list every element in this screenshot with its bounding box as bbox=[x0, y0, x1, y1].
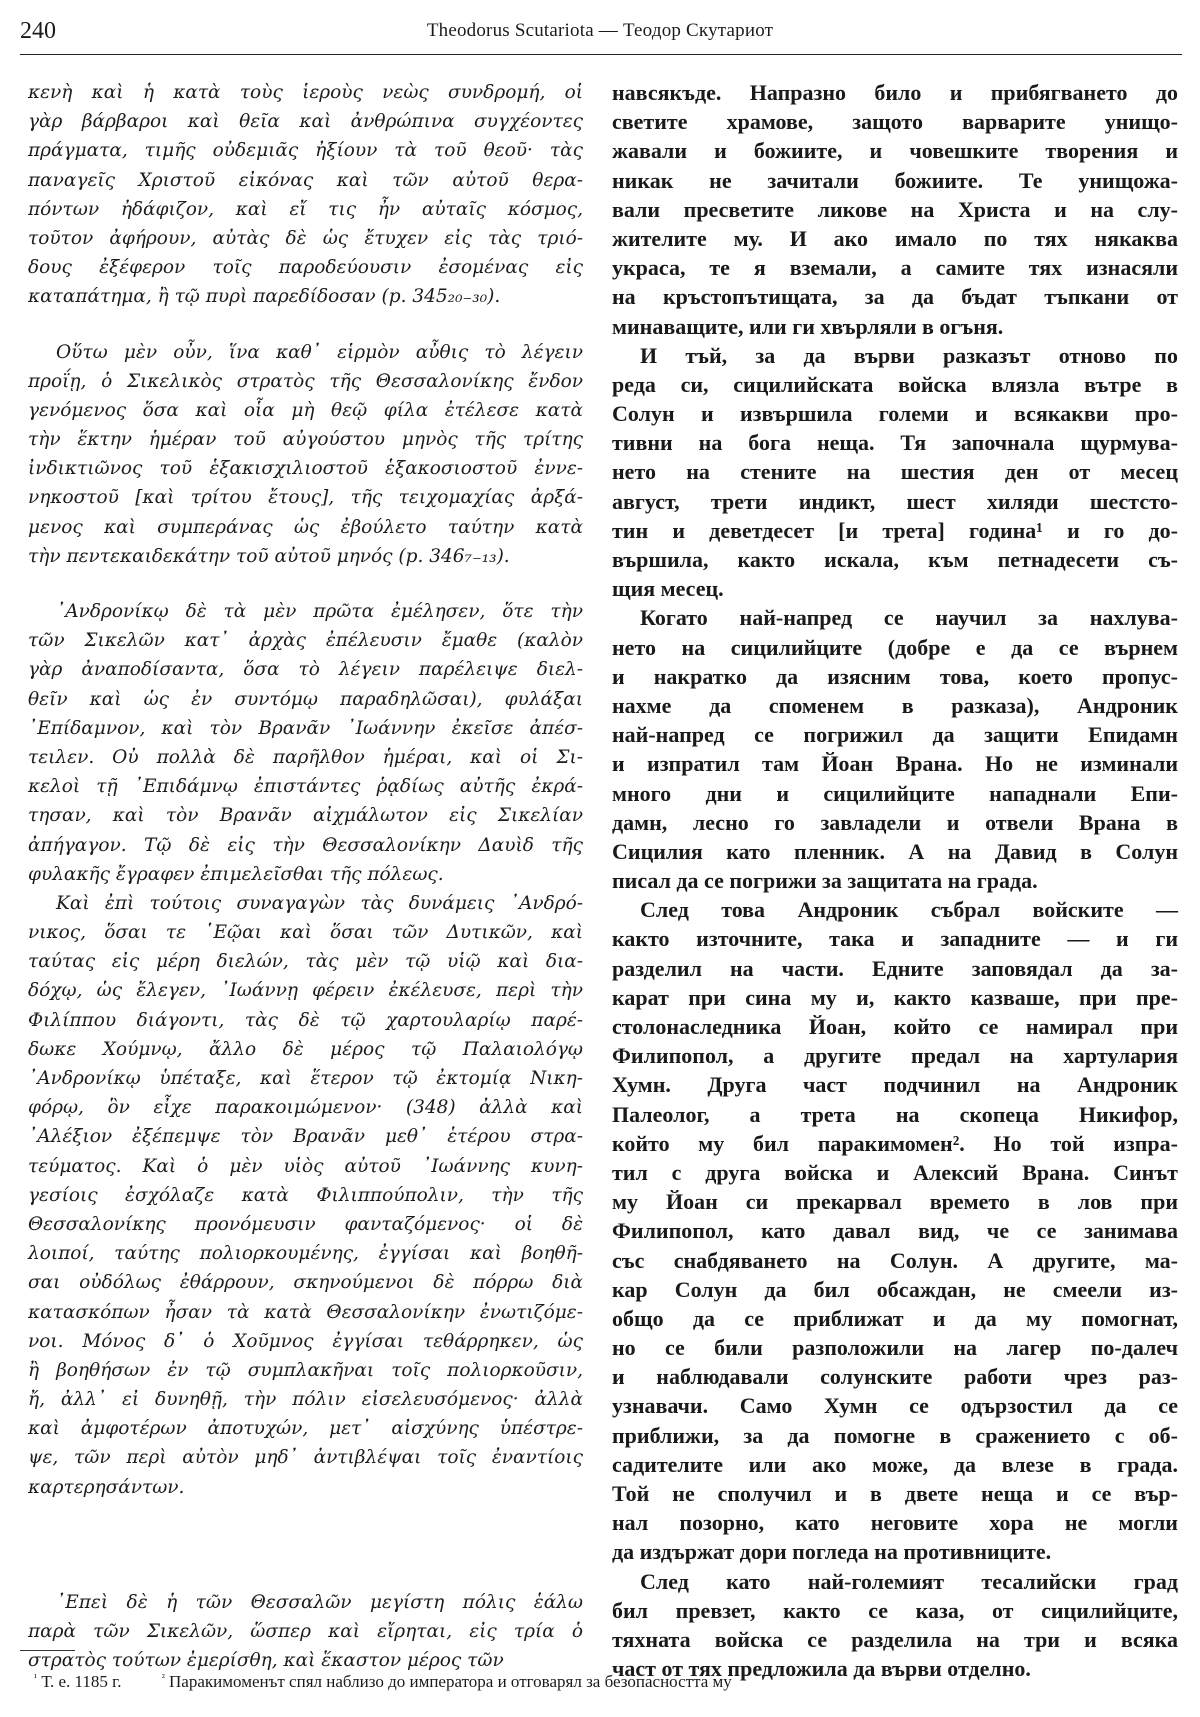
text-line: τειλεν. Οὐ πολλὰ δὲ παρῆλθον ἡμέραι, καὶ… bbox=[28, 743, 583, 772]
paragraph: И тъй, за да върви разказът отново поред… bbox=[612, 341, 1178, 604]
text-line: узнавачи. Само Хумн се одързостил да се bbox=[612, 1391, 1178, 1420]
text-line: ᾽Επίδαμνον, καὶ τὸν Βρανᾶν ᾽Ιωάννην ἐκεῖ… bbox=[28, 714, 583, 743]
text-line: καταπάτημα, ἢ τῷ πυρὶ παρεδίδοσαν (p. 34… bbox=[28, 282, 583, 311]
footnote-text: Паракимоменът спял наблизо до императора… bbox=[169, 1672, 732, 1691]
text-line: προΐῃ, ὁ Σικελικὸς στρατὸς τῆς Θεσσαλονί… bbox=[28, 367, 583, 396]
text-line: жителите му. И ако имало по тях някаква bbox=[612, 224, 1178, 253]
text-line: на кръстопътищата, за да бъдат тъпкани о… bbox=[612, 282, 1178, 311]
footnotes: ¹ Т. е. 1185 г. ² Паракимоменът спял наб… bbox=[34, 1672, 768, 1692]
text-line: дамн, лесно го завладели и отвели Врана … bbox=[612, 808, 1178, 837]
text-line: ᾽Αλέξιον ἐξέπεμψε τὸν Βρανᾶν μεθ᾽ ἑτέρου… bbox=[28, 1122, 583, 1151]
text-line: никак не зачитали божиите. Те унищожа- bbox=[612, 166, 1178, 195]
text-line: вършила, както искала, към петнадесети с… bbox=[612, 545, 1178, 574]
text-line: παναγεῖς Χριστοῦ εἰκόνας καὶ τῶν αὐτοῦ θ… bbox=[28, 166, 583, 195]
text-line: φόρῳ, ὃν εἶχε παρακοιμώμενον· (348) ἀλλὰ… bbox=[28, 1093, 583, 1122]
text-line: ᾽Ανδρονίκῳ δὲ τὰ μὲν πρῶτα ἐμέλησεν, ὅτε… bbox=[28, 597, 583, 626]
text-line: ἢ βοηθήσων ἐν τῷ συμπλακῆναι τοῖς πολιορ… bbox=[28, 1356, 583, 1385]
paragraph: κενὴ καὶ ἡ κατὰ τοὺς ἱεροὺς νεὼς συνδρομ… bbox=[28, 78, 583, 312]
text-line: κελοὶ τῇ ᾽Επιδάμνῳ ἐπιστάντες ῥᾳδίως αὐτ… bbox=[28, 772, 583, 801]
text-line: тяхната войска се разделила на три и вся… bbox=[612, 1625, 1178, 1654]
text-line: реда си, сицилийската войска влязла вътр… bbox=[612, 370, 1178, 399]
footnote-marker: ² bbox=[162, 1672, 165, 1683]
text-line: август, трети индикт, шест хиляди шестст… bbox=[612, 487, 1178, 516]
text-line: δους ἐξέφερον τοῖς παροδεύουσιν ἐσομένας… bbox=[28, 253, 583, 282]
text-line: навсякъде. Напразно било и прибягването … bbox=[612, 78, 1178, 107]
paragraph: След като най-големият тесалийски градби… bbox=[612, 1567, 1178, 1684]
text-line: στρατὸς τούτων ἐμερίσθη, καὶ ἕκαστον μέρ… bbox=[28, 1646, 583, 1675]
text-line: който му бил паракимомен². Но той изпра- bbox=[612, 1129, 1178, 1158]
paragraph: След това Андроник събрал войските —какт… bbox=[612, 895, 1178, 1566]
text-line: γεσίοις ἐσχόλαζε κατὰ Φιλιππούπολιν, τὴν… bbox=[28, 1181, 583, 1210]
text-line: След това Андроник събрал войските — bbox=[612, 895, 1178, 924]
text-line: πράγματα, τιμῆς οὐδεμιᾶς ἠξίουν τὰ τοῦ θ… bbox=[28, 136, 583, 165]
text-line: Когато най-напред се научил за нахлува- bbox=[612, 603, 1178, 632]
footnote-2: ² Паракимоменът спял наблизо до императо… bbox=[162, 1672, 732, 1691]
text-line: τὴν πεντεκαιδεκάτην τοῦ αὐτοῦ μηνός (p. … bbox=[28, 542, 583, 571]
running-title: Theodorus Scutariota — Теодор Скутариот bbox=[20, 20, 1180, 42]
text-line: тивни на бога неща. Тя започнала щурмува… bbox=[612, 428, 1178, 457]
text-line: му Йоан си прекарвал времето в лов при bbox=[612, 1187, 1178, 1216]
text-line: нето на сицилийците (добре е да се върне… bbox=[612, 633, 1178, 662]
text-line: θεῖν καὶ ὡς ἐν συντόμῳ παραδηλῶσαι), φυλ… bbox=[28, 685, 583, 714]
text-line: ᾽Επεὶ δὲ ἡ τῶν Θεσσαλῶν μεγίστη πόλις ἑά… bbox=[28, 1588, 583, 1617]
paragraph-gap bbox=[28, 571, 583, 597]
header-rule bbox=[20, 54, 1182, 55]
text-line: минаващите, или ги хвърляли в огъня. bbox=[612, 312, 1178, 341]
text-line: σαι οὐδόλως ἐθάρρουν, σκηνούμενοι δὲ πόρ… bbox=[28, 1268, 583, 1297]
text-line: ἀπήγαγον. Τῷ δὲ εἰς τὴν Θεσσαλονίκην Δαυ… bbox=[28, 831, 583, 860]
text-line: Филипопол, а другите предал на хартулари… bbox=[612, 1041, 1178, 1070]
text-line: да издържат дори погледа на противниците… bbox=[612, 1537, 1178, 1566]
text-line: ἰνδικτιῶνος τοῦ ἑξακισχιλιοστοῦ ἑξακοσιο… bbox=[28, 454, 583, 483]
text-line: Той не сполучил и в двете неща и се вър- bbox=[612, 1479, 1178, 1508]
text-line: νικος, ὅσαι τε ῾Εῷαι καὶ ὅσαι τῶν Δυτικῶ… bbox=[28, 918, 583, 947]
paragraph: ᾽Ανδρονίκῳ δὲ τὰ μὲν πρῶτα ἐμέλησεν, ὅτε… bbox=[28, 597, 583, 889]
paragraph: Когато най-напред се научил за нахлува-н… bbox=[612, 603, 1178, 895]
text-line: бил превзет, както се каза, от сицилийци… bbox=[612, 1596, 1178, 1625]
text-line: τὴν ἕκτην ἡμέραν τοῦ αὐγούστου μηνὸς τῆς… bbox=[28, 425, 583, 454]
text-line: καὶ ἀμφοτέρων ἀποτυχών, μετ᾽ αἰσχύνης ὑπ… bbox=[28, 1414, 583, 1443]
text-line: ἤ, ἀλλ᾽ εἰ δυνηθῇ, τὴν πόλιν εἰσελευσόμε… bbox=[28, 1385, 583, 1414]
text-line: нал позорно, като неговите хора не могли bbox=[612, 1508, 1178, 1537]
text-line: вали пресветите ликове на Христа и на сл… bbox=[612, 195, 1178, 224]
text-line: Καὶ ἐπὶ τούτοις συναγαγὼν τὰς δυνάμεις ᾽… bbox=[28, 889, 583, 918]
text-line: светите храмове, защото варварите унищо- bbox=[612, 107, 1178, 136]
text-line: νοι. Μόνος δ᾽ ὁ Χοῦμνος ἐγγίσαι τεθάρρηκ… bbox=[28, 1327, 583, 1356]
text-line: както източните, така и западните — и ги bbox=[612, 924, 1178, 953]
text-line: τοῦτον ἀφήρουν, αὐτὰς δὲ ὡς ἔτυχεν εἰς τ… bbox=[28, 224, 583, 253]
paragraph-gap bbox=[28, 1502, 583, 1588]
text-line: След като най-големият тесалийски град bbox=[612, 1567, 1178, 1596]
text-line: Θεσσαλονίκης προνόμευσιν φανταζόμενος· ο… bbox=[28, 1210, 583, 1239]
page-header: 240 Theodorus Scutariota — Теодор Скутар… bbox=[20, 18, 1180, 58]
paragraph: Οὕτω μὲν οὖν, ἵνα καθ᾽ εἱρμὸν αὖθις τὸ λ… bbox=[28, 338, 583, 572]
text-line: τησαν, καὶ τὸν Βρανᾶν αἰχμάλωτον εἰς Σικ… bbox=[28, 801, 583, 830]
text-line: λοιποί, ταύτης πολιορκουμένης, ἐγγίσαι κ… bbox=[28, 1239, 583, 1268]
text-line: δόχῳ, ὡς ἔλεγεν, ᾽Ιωάννῃ φέρειν ἐκέλευσε… bbox=[28, 976, 583, 1005]
paragraph: навсякъде. Напразно било и прибягването … bbox=[612, 78, 1178, 341]
text-line: Φιλίππου διάγοντι, τὰς δὲ τῷ χαρτουλαρίῳ… bbox=[28, 1006, 583, 1035]
text-line: садителите или ако може, да влезе в град… bbox=[612, 1450, 1178, 1479]
text-line: приближи, за да помогне в сражението с о… bbox=[612, 1421, 1178, 1450]
text-line: разделил на части. Едните заповядал да з… bbox=[612, 954, 1178, 983]
paragraph-gap bbox=[28, 312, 583, 338]
text-line: тил с друга войска и Алексий Врана. Синъ… bbox=[612, 1158, 1178, 1187]
text-line: γὰρ βάρβαροι καὶ θεῖα καὶ ἀνθρώπινα συγχ… bbox=[28, 107, 583, 136]
text-line: тин и деветдесет [и трета] година¹ и го … bbox=[612, 516, 1178, 545]
bulgarian-translation-column: навсякъде. Напразно било и прибягването … bbox=[612, 78, 1178, 1683]
footnote-text: Т. е. 1185 г. bbox=[41, 1672, 121, 1691]
text-line: μενος καὶ συμπεράνας ὡς ἐβούλετο ταύτην … bbox=[28, 513, 583, 542]
text-line: κενὴ καὶ ἡ κατὰ τοὺς ἱεροὺς νεὼς συνδρομ… bbox=[28, 78, 583, 107]
text-line: най-напред се погрижил да защити Епидамн bbox=[612, 720, 1178, 749]
text-line: жавали и божиите, и човешките творения и bbox=[612, 136, 1178, 165]
text-line: τεύματος. Καὶ ὁ μὲν υἱὸς αὐτοῦ ᾽Ιωάννης … bbox=[28, 1152, 583, 1181]
text-line: πόντων ἠδάφιζον, καὶ εἴ τις ἦν αὐταῖς κό… bbox=[28, 195, 583, 224]
text-line: и накратко да изясним това, което пропус… bbox=[612, 662, 1178, 691]
text-line: Οὕτω μὲν οὖν, ἵνα καθ᾽ εἱρμὸν αὖθις τὸ λ… bbox=[28, 338, 583, 367]
text-line: карат при сина му и, както казваше, при … bbox=[612, 983, 1178, 1012]
text-line: γὰρ ἀναποδίσαντα, ὅσα τὸ λέγειν παρέλειψ… bbox=[28, 655, 583, 684]
text-line: Сицилия като пленник. А на Давид в Солун bbox=[612, 837, 1178, 866]
paragraph: Καὶ ἐπὶ τούτοις συναγαγὼν τὰς δυνάμεις ᾽… bbox=[28, 889, 583, 1502]
paragraph: ᾽Επεὶ δὲ ἡ τῶν Θεσσαλῶν μεγίστη πόλις ἑά… bbox=[28, 1588, 583, 1676]
text-line: нето на стените на шестия ден от месец bbox=[612, 457, 1178, 486]
text-line: със снабдяването на Солун. А другите, ма… bbox=[612, 1246, 1178, 1275]
footnote-1: ¹ Т. е. 1185 г. bbox=[34, 1672, 121, 1691]
text-line: Солун и извършила големи и всякакви про- bbox=[612, 399, 1178, 428]
text-line: φυλακῆς ἔγραφεν ἐπιμελεῖσθαι τῆς πόλεως. bbox=[28, 860, 583, 889]
text-line: и изпратил там Йоан Врана. Но не изминал… bbox=[612, 749, 1178, 778]
text-line: общо да се приближат и да му помогнат, bbox=[612, 1304, 1178, 1333]
greek-text-column: κενὴ καὶ ἡ κατὰ τοὺς ἱεροὺς νεὼς συνδρομ… bbox=[28, 78, 583, 1675]
text-line: щия месец. bbox=[612, 574, 1178, 603]
text-line: украса, те я вземали, а самите тях изнас… bbox=[612, 253, 1178, 282]
text-line: но се били разположили на лагер по-далеч bbox=[612, 1333, 1178, 1362]
text-line: ταύτας εἰς μέρη διελών, τὰς μὲν τῷ υἱῷ κ… bbox=[28, 947, 583, 976]
text-line: писал да се погрижи за защитата на града… bbox=[612, 866, 1178, 895]
text-line: И тъй, за да върви разказът отново по bbox=[612, 341, 1178, 370]
text-line: Хумн. Друга част подчинил на Андроник bbox=[612, 1070, 1178, 1099]
text-line: δωκε Χούμνῳ, ἄλλο δὲ μέρος τῷ Παλαιολόγῳ bbox=[28, 1035, 583, 1064]
text-line: νηκοστοῦ [καὶ τρίτου ἔτους], τῆς τειχομα… bbox=[28, 483, 583, 512]
text-line: Филипопол, като давал вид, че се занимав… bbox=[612, 1216, 1178, 1245]
text-line: нахме да споменем в разказа), Андроник bbox=[612, 691, 1178, 720]
footnote-rule bbox=[20, 1650, 75, 1651]
text-line: γενόμενος ὅσα καὶ οἷα μὴ θεῷ φίλα ἐτέλεσ… bbox=[28, 396, 583, 425]
text-line: и наблюдавали солунските работи чрез раз… bbox=[612, 1362, 1178, 1391]
text-line: ψε, τῶν περὶ αὐτὸν μηδ᾽ ἀντιβλέψαι τοῖς … bbox=[28, 1443, 583, 1472]
text-line: много дни и сицилийците нападнали Епи- bbox=[612, 779, 1178, 808]
footnote-marker: ¹ bbox=[34, 1672, 37, 1683]
text-line: καρτερησάντων. bbox=[28, 1473, 583, 1502]
text-line: ᾽Ανδρονίκῳ ὑπέταξε, καὶ ἕτερον τῷ ἐκτομί… bbox=[28, 1064, 583, 1093]
text-line: κατασκόπων ἦσαν τὰ κατὰ Θεσσαλονίκην ἐνω… bbox=[28, 1298, 583, 1327]
text-line: столонаследника Йоан, който се намирал п… bbox=[612, 1012, 1178, 1041]
text-line: Палеолог, а трета на скопеца Никифор, bbox=[612, 1100, 1178, 1129]
text-line: кар Солун да бил обсаждан, не смеели из- bbox=[612, 1275, 1178, 1304]
text-line: παρὰ τῶν Σικελῶν, ὥσπερ καὶ εἴρηται, εἰς… bbox=[28, 1617, 583, 1646]
text-line: τῶν Σικελῶν κατ᾽ ἀρχὰς ἐπέλευσιν ἔμαθε (… bbox=[28, 626, 583, 655]
